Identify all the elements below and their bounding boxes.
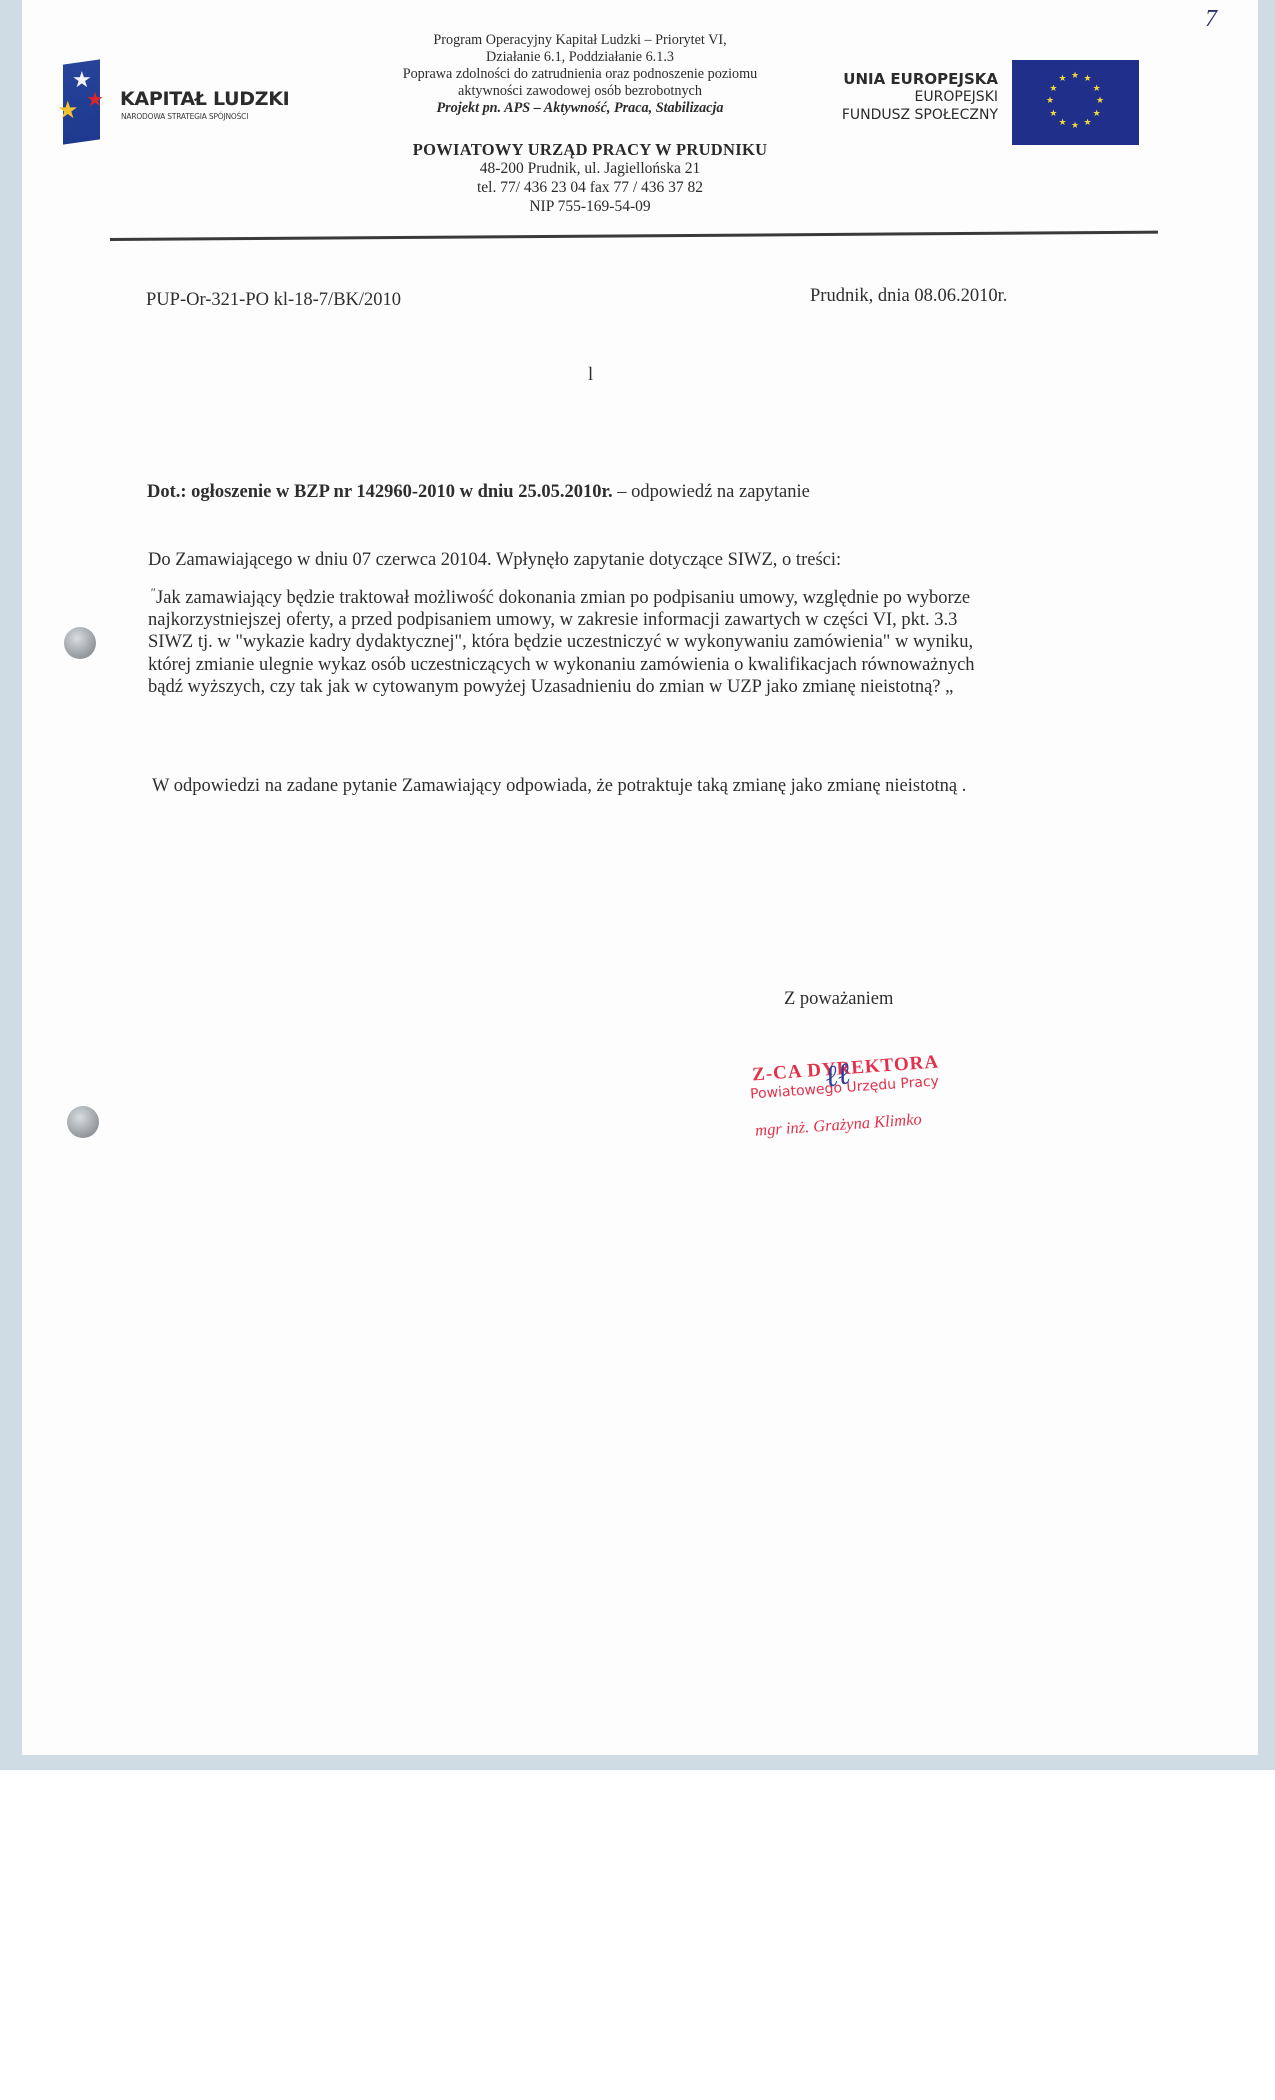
program-info: Program Operacyjny Kapitał Ludzki – Prio… [355,32,805,117]
eu-line-2: EUROPEJSKI [810,88,998,106]
office-name: POWIATOWY URZĄD PRACY W PRUDNIKU [380,140,800,159]
quote-line: Jak zamawiający będzie traktował możliwo… [148,587,975,609]
handwritten-page-number: 7 [1205,6,1217,33]
intro-paragraph: Do Zamawiającego w dniu 07 czerwca 20104… [148,549,841,571]
office-info: POWIATOWY URZĄD PRACY W PRUDNIKU 48-200 … [380,140,800,216]
eu-star-icon: ★ [1046,97,1054,106]
eu-line-1: UNIA EUROPEJSKA [810,70,998,88]
eu-line-3: FUNDUSZ SPOŁECZNY [810,106,998,124]
hole-punch-icon [67,1106,99,1138]
yellow-star-icon: ★ [57,98,79,122]
program-line: Poprawa zdolności do zatrudnienia oraz p… [355,66,805,83]
quoted-question: Jak zamawiający będzie traktował możliwo… [148,587,975,698]
eu-star-icon: ★ [1071,72,1079,81]
stray-mark: l [588,364,593,386]
eu-star-icon: ★ [1084,75,1092,84]
document-page [22,0,1258,1755]
red-star-icon: ★ [86,89,104,109]
logo-title: KAPITAŁ LUDZKI [120,88,289,110]
eu-star-icon: ★ [1093,110,1101,119]
program-line: Program Operacyjny Kapitał Ludzki – Prio… [355,32,805,49]
closing: Z poważaniem [784,988,893,1010]
eu-flag-icon: ★★★★★★★★★★★★ [1012,60,1139,145]
place-and-date: Prudnik, dnia 08.06.2010r. [810,285,1007,307]
eu-star-icon: ★ [1084,119,1092,128]
office-nip: NIP 755-169-54-09 [380,197,800,216]
logo-subtitle: NARODOWA STRATEGIA SPÓJNOŚCI [121,112,248,121]
eu-star-icon: ★ [1059,75,1067,84]
eu-star-icon: ★ [1071,122,1079,131]
quote-line: SIWZ tj. w "wykazie kadry dydaktycznej",… [148,631,975,653]
eu-star-icon: ★ [1049,110,1057,119]
reference-number: PUP-Or-321-PO kl-18-7/BK/2010 [146,289,401,311]
quote-line: najkorzystniejszej oferty, a przed podpi… [148,609,975,631]
eu-star-icon: ★ [1093,85,1101,94]
eu-star-icon: ★ [1059,119,1067,128]
office-phone-fax: tel. 77/ 436 23 04 fax 77 / 436 37 82 [380,178,800,197]
quote-line: bądź wyższych, czy tak jak w cytowanym p… [148,676,975,698]
eu-star-icon: ★ [1049,85,1057,94]
hole-punch-icon [64,627,96,659]
office-address: 48-200 Prudnik, ul. Jagiellońska 21 [380,159,800,178]
quote-line: której zmianie ulegnie wykaz osób uczest… [148,654,975,676]
program-line: Działanie 6.1, Poddziałanie 6.1.3 [355,49,805,66]
eu-star-icon: ★ [1096,97,1104,106]
program-line: aktywności zawodowej osób bezrobotnych [355,83,805,100]
eu-label: UNIA EUROPEJSKA EUROPEJSKI FUNDUSZ SPOŁE… [810,70,998,124]
subject-rest: – odpowiedź na zapytanie [613,482,810,502]
subject-bold: Dot.: ogłoszenie w BZP nr 142960-2010 w … [147,482,613,502]
project-name: Projekt pn. APS – Aktywność, Praca, Stab… [355,100,805,117]
subject-line: Dot.: ogłoszenie w BZP nr 142960-2010 w … [147,481,810,503]
answer-paragraph: W odpowiedzi na zadane pytanie Zamawiają… [152,775,966,797]
